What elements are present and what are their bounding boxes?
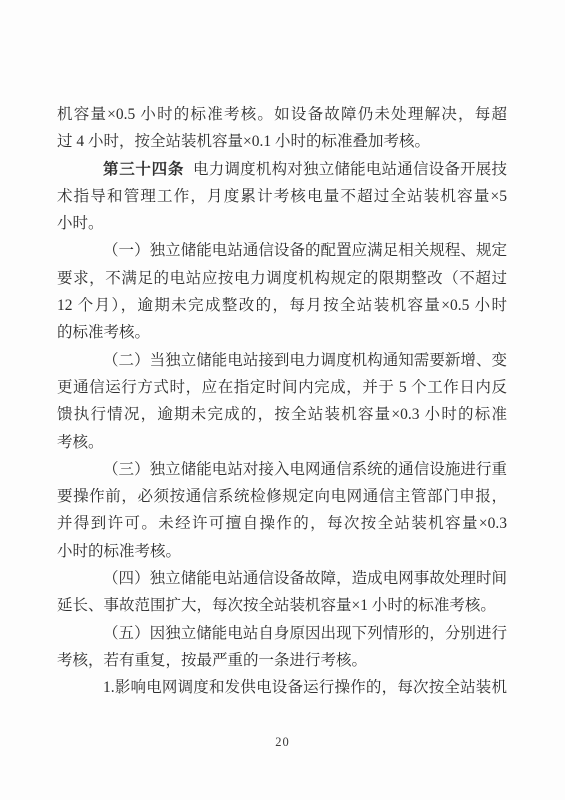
- article-heading: 第三十四条: [103, 161, 184, 178]
- text-line: 考核，若有重复，按最严重的一条进行考核。: [57, 647, 507, 674]
- text-line: 过 4 小时，按全站装机容量×0.1 小时的标准叠加考核。: [57, 128, 507, 155]
- document-page: 机容量×0.5 小时的标准考核。如设备故障仍未处理解决，每超过 4 小时，按全站…: [0, 0, 565, 800]
- page-number: 20: [0, 735, 565, 750]
- text-line: 要求，不满足的电站应按电力调度机构规定的限期整改（不超过: [57, 265, 507, 292]
- text-line: 馈执行情况，逾期未完成的，按全站装机容量×0.3 小时的标准: [57, 401, 507, 428]
- text-line: （四）独立储能电站通信设备故障，造成电网事故处理时间: [57, 565, 507, 592]
- text-line: 1.影响电网调度和发供电设备运行操作的，每次按全站装机: [57, 674, 507, 701]
- text-line: 机容量×0.5 小时的标准考核。如设备故障仍未处理解决，每超: [57, 101, 507, 128]
- text-line: 的标准考核。: [57, 319, 507, 346]
- text-line: 小时。: [57, 210, 507, 237]
- article-heading-text: 电力调度机构对独立储能电站通信设备开展技: [193, 161, 507, 178]
- text-line: （二）当独立储能电站接到电力调度机构通知需要新增、变: [57, 347, 507, 374]
- text-line: 小时的标准考核。: [57, 538, 507, 565]
- text-line: （五）因独立储能电站自身原因出现下列情形的，分别进行: [57, 620, 507, 647]
- text-line: 延长、事故范围扩大，每次按全站装机容量×1 小时的标准考核。: [57, 592, 507, 619]
- text-line: 12 个月），逾期未完成整改的，每月按全站装机容量×0.5 小时: [57, 292, 507, 319]
- text-line: 第三十四条电力调度机构对独立储能电站通信设备开展技: [57, 156, 507, 183]
- text-line: 并得到许可。未经许可擅自操作的，每次按全站装机容量×0.3: [57, 510, 507, 537]
- text-line: 更通信运行方式时，应在指定时间内完成，并于 5 个工作日内反: [57, 374, 507, 401]
- text-line: 要操作前，必须按通信系统检修规定向电网通信主管部门申报，: [57, 483, 507, 510]
- text-line: （一）独立储能电站通信设备的配置应满足相关规程、规定: [57, 237, 507, 264]
- document-body: 机容量×0.5 小时的标准考核。如设备故障仍未处理解决，每超过 4 小时，按全站…: [57, 101, 507, 702]
- text-line: （三）独立储能电站对接入电网通信系统的通信设施进行重: [57, 456, 507, 483]
- text-line: 考核。: [57, 429, 507, 456]
- text-line: 术指导和管理工作，月度累计考核电量不超过全站装机容量×5: [57, 183, 507, 210]
